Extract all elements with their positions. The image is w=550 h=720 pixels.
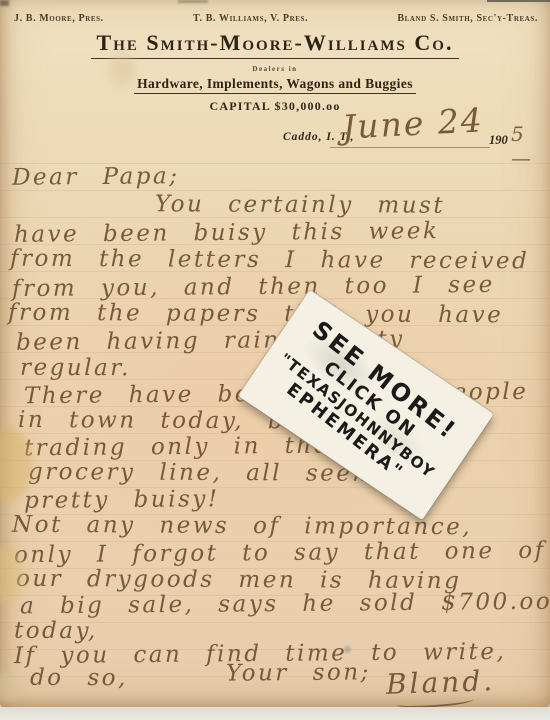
letter-line: today, [14, 618, 98, 644]
letterhead-officers-row: J. B. Moore, Pres. T. B. Williams, V. Pr… [14, 13, 538, 24]
scan-artifact [487, 0, 550, 2]
letter-line: from you, and then too I see [12, 272, 495, 302]
scan-background-strip [0, 707, 550, 720]
letter-line: from the papers that you have [8, 300, 503, 329]
handwritten-year-digit: 5 — [511, 122, 550, 170]
dateline-printed-year: 190 [489, 133, 508, 148]
letter-line: pretty buisy! [24, 486, 220, 514]
signature: Bland. [385, 664, 495, 701]
letter-line: do so, [30, 665, 128, 692]
dateline-rule [330, 147, 490, 148]
letter-line: You certainly must [155, 191, 445, 219]
handwritten-date: June 24 [341, 100, 485, 146]
company-name: The Smith-Moore-Williams Co. [0, 30, 550, 56]
business-description: Hardware, Implements, Wagons and Buggies [0, 76, 550, 92]
letter-line: a big sale, says he sold $700.oo [20, 589, 550, 620]
letter-line: have been buisy this week [14, 218, 440, 248]
letter-line: from the letters I have received [10, 246, 529, 275]
letter-line: regular. [20, 355, 131, 382]
scanned-letter-photo: J. B. Moore, Pres. T. B. Williams, V. Pr… [0, 0, 550, 720]
closing: Your son; [226, 659, 371, 686]
officer-president: J. B. Moore, Pres. [14, 13, 104, 24]
letter-line: only I forgot to say that one of [14, 538, 546, 569]
scan-artifact [178, 0, 208, 3]
officer-vice-president: T. B. Williams, V. Pres. [193, 13, 308, 24]
paper-stain [0, 672, 22, 702]
letter-line: Not any news of importance, [12, 512, 472, 540]
salutation: Dear Papa; [12, 163, 180, 190]
dealers-in-tagline: Dealers in [0, 65, 550, 73]
letter-line: trading only in the [24, 433, 330, 462]
scan-artifact [0, 0, 9, 6]
officer-secretary-treasurer: Bland S. Smith, Sec'y-Treas. [397, 13, 538, 24]
